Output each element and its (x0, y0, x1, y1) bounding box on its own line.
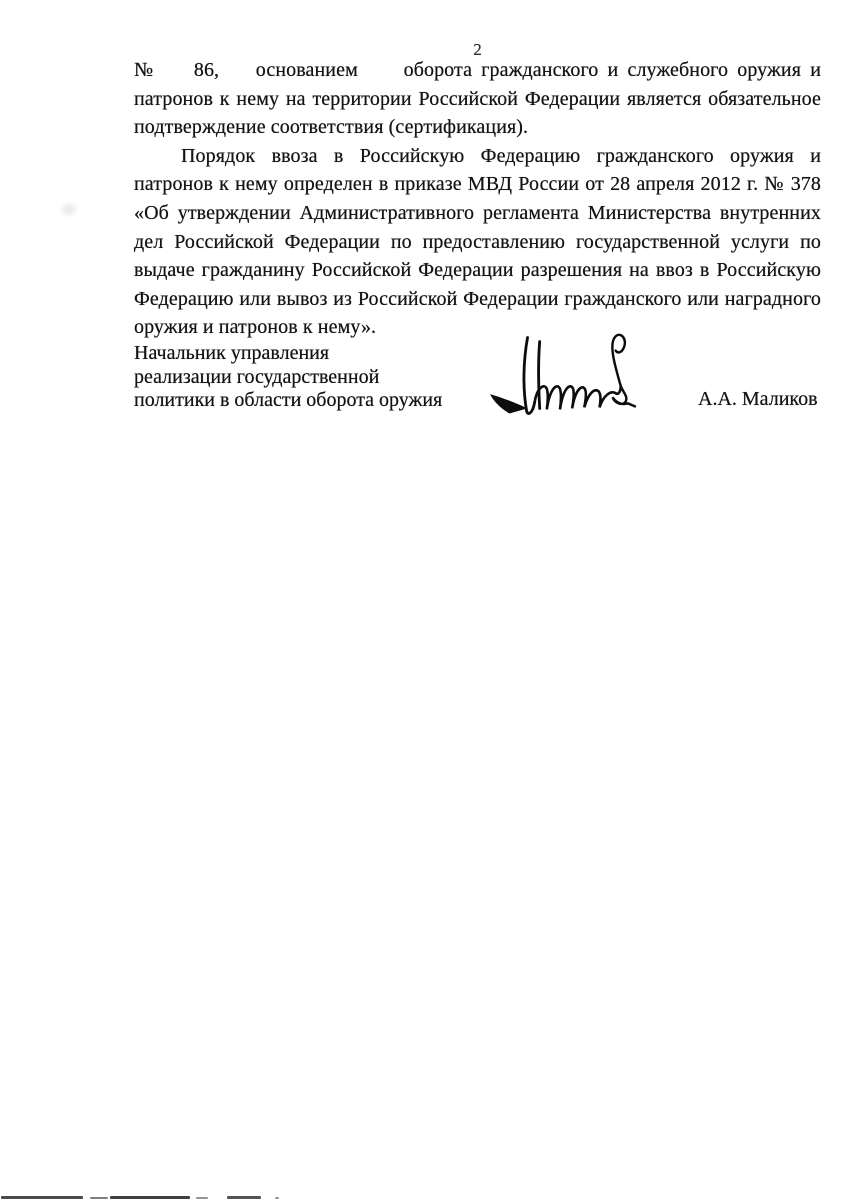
body-text: № 86, основанием оборота гражданского и … (134, 56, 821, 342)
text-line: дел Российской Федерации по предоставлен… (134, 228, 821, 257)
text-line: оружия и патронов к нему». (134, 313, 821, 342)
scan-artifact-dash (110, 1196, 190, 1199)
scan-artifact-dash (275, 1197, 279, 1199)
text-line: «Об утверждении Административного реглам… (134, 199, 821, 228)
job-title-line: Начальник управления (134, 342, 494, 366)
scan-artifact-dash (90, 1197, 108, 1199)
text-line: выдаче гражданину Российской Федерации р… (134, 256, 821, 285)
scanned-document-page: 2 № 86, основанием оборота гражданского … (0, 0, 848, 1200)
text-line: Федерацию или вывоз из Российской Федера… (134, 285, 821, 314)
signature-block-titles: Начальник управления реализации государс… (134, 342, 494, 413)
text-line: подтверждение соответствия (сертификация… (134, 113, 821, 142)
job-title-line: политики в области оборота оружия (134, 389, 494, 413)
text-line: № 86, основанием оборота гражданского и … (134, 56, 821, 85)
text-line: патронов к нему определен в приказе МВД … (134, 170, 821, 199)
signee-name: А.А. Маликов (698, 388, 818, 411)
text-line: патронов к нему на территории Российской… (134, 85, 821, 114)
scan-artifact-dash (196, 1197, 208, 1199)
scan-artifact-dash (1, 1196, 83, 1199)
job-title-line: реализации государственной (134, 366, 494, 390)
handwritten-signature (486, 331, 640, 421)
scan-smudge-artifact (62, 204, 76, 215)
scan-artifact-dash (227, 1196, 261, 1199)
text-line: Порядок ввоза в Российскую Федерацию гра… (134, 142, 821, 171)
